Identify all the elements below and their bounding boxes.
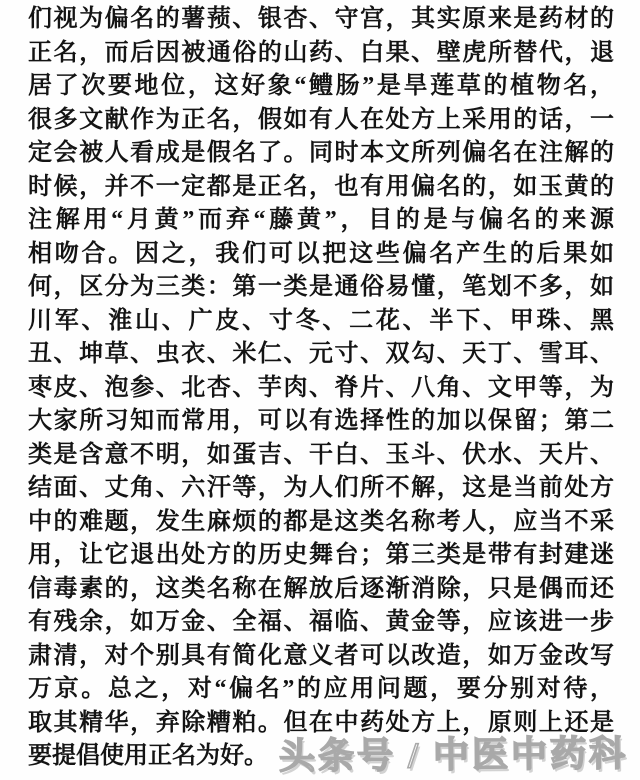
watermark-text: 头条号 / 中医中药科 — [279, 733, 628, 776]
text-line: 用，让它退出处方的历史舞台；第三类是带有封建迷 — [28, 539, 614, 573]
text-line: 川军、淮山、广皮、寸冬、二花、半下、甲珠、黑 — [28, 305, 614, 339]
scanned-page: 们视为偏名的薯蓣、银杏、守宫，其实原来是药材的正名，而后因被通俗的山药、白果、壁… — [0, 0, 640, 780]
text-line: 中的难题，发生麻烦的都是这类名称考人，应当不采 — [28, 506, 614, 540]
text-line: 注解用“月黄”而弃“藤黄”，目的是与偏名的来源 — [28, 204, 614, 238]
text-line: 信毒素的，这类名称在解放后逐渐消除，只是偶而还 — [28, 573, 614, 607]
text-line: 定会被人看成是假名了。同时本文所列偏名在注解的 — [28, 137, 614, 171]
text-line: 肃清，对个别具有简化意义者可以改造，如万金改写 — [28, 640, 614, 674]
text-line: 丑、坤草、虫衣、米仁、元寸、双勾、天丁、雪耳、 — [28, 338, 614, 372]
text-line: 结面、丈角、六汗等，为人们所不解，这是当前处方 — [28, 472, 614, 506]
text-line: 类是含意不明，如蛋吉、干白、玉斗、伏水、天片、 — [28, 439, 614, 473]
text-line: 枣皮、泡参、北杏、芋肉、脊片、八角、文甲等，为 — [28, 372, 614, 406]
text-line: 居了次要地位，这好象“鳢肠”是旱莲草的植物名， — [28, 70, 614, 104]
text-line: 万京。总之，对“偏名”的应用问题，要分别对待， — [28, 673, 614, 707]
text-line: 们视为偏名的薯蓣、银杏、守宫，其实原来是药材的 — [28, 3, 614, 37]
text-line: 有残余，如万金、全福、福临、黄金等，应该进一步 — [28, 606, 614, 640]
text-line: 相吻合。因之，我们可以把这些偏名产生的后果如 — [28, 238, 614, 272]
text-line: 正名，而后因被通俗的山药、白果、壁虎所替代，退 — [28, 37, 614, 71]
text-line: 何，区分为三类：第一类是通俗易懂，笔划不多，如 — [28, 271, 614, 305]
text-line: 大家所习知而常用，可以有选择性的加以保留；第二 — [28, 405, 614, 439]
body-text: 们视为偏名的薯蓣、银杏、守宫，其实原来是药材的正名，而后因被通俗的山药、白果、壁… — [28, 3, 614, 774]
watermark: 头条号 / 中医中药科 — [279, 725, 628, 779]
text-line: 很多文献作为正名，假如有人在处方上采用的话，一 — [28, 104, 614, 138]
text-line: 时候，并不一定都是正名，也有用偏名的，如玉黄的 — [28, 171, 614, 205]
